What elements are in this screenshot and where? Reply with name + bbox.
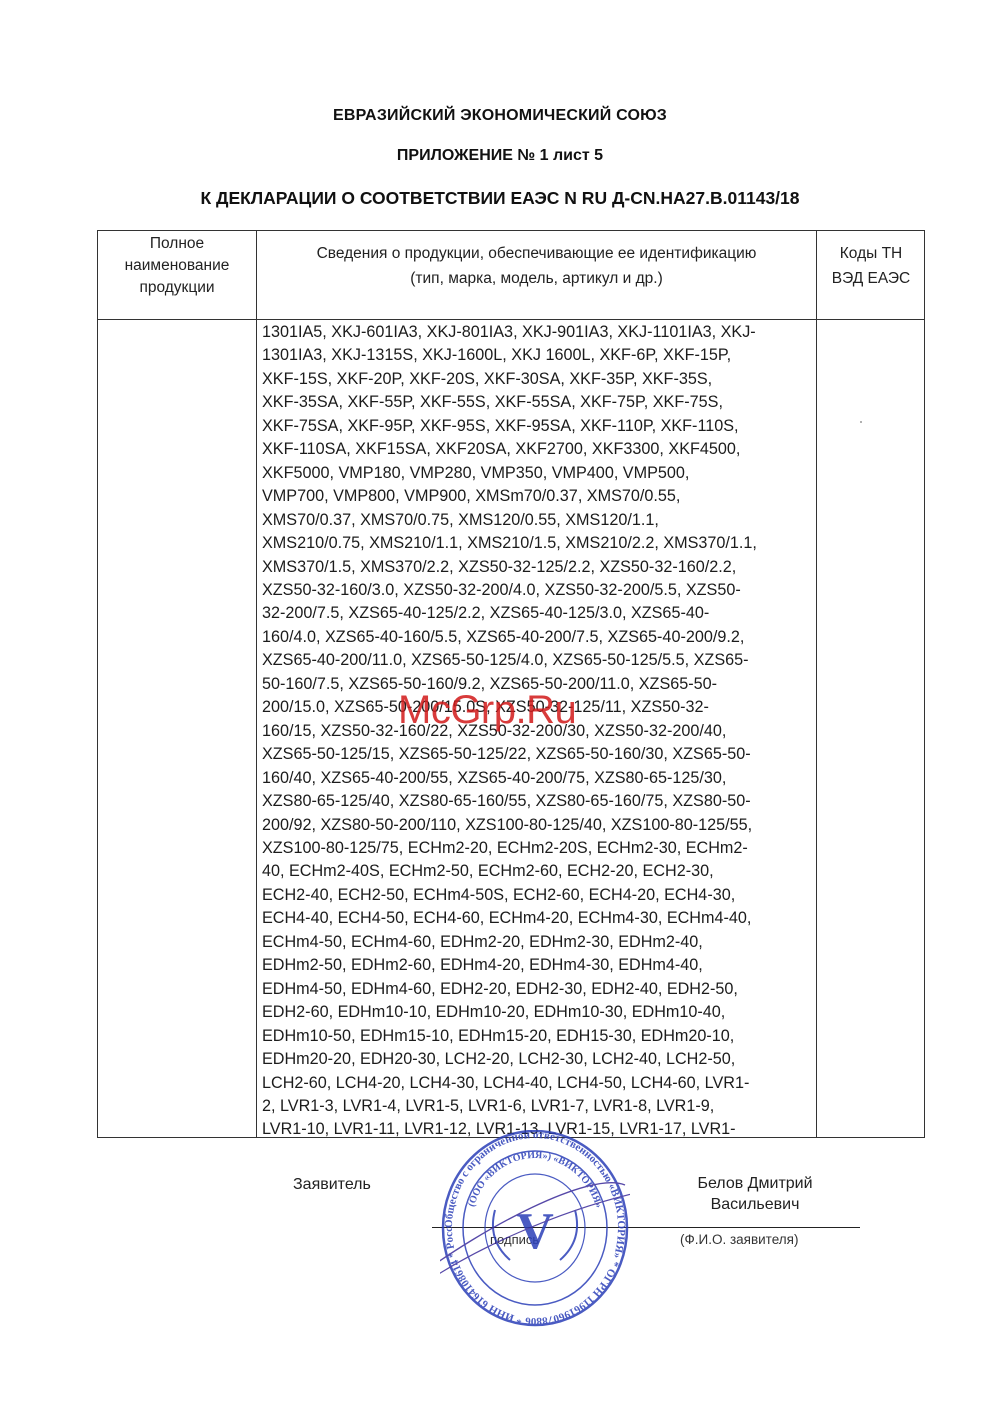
applicant-label: Заявитель (293, 1176, 371, 1194)
identification-line: XZS65-40-200/11.0, XZS65-50-125/4.0, XZS… (262, 649, 814, 672)
identification-line: LCH2-60, LCH4-20, LCH4-30, LCH4-40, LCH4… (262, 1072, 814, 1095)
identification-line: XZS50-32-160/3.0, XZS50-32-200/4.0, XZS5… (262, 579, 814, 602)
identification-line: 160/4.0, XZS65-40-160/5.5, XZS65-40-200/… (262, 626, 814, 649)
identification-line: XKF-110SA, XKF15SA, XKF20SA, XKF2700, XK… (262, 438, 814, 461)
declaration-heading: К ДЕКЛАРАЦИИ О СООТВЕТСТВИИ ЕАЭС N RU Д-… (0, 188, 1000, 209)
identification-line: XKF-15S, XKF-20P, XKF-20S, XKF-30SA, XKF… (262, 368, 814, 391)
identification-line: EDHm2-50, EDHm2-60, EDHm4-20, EDHm4-30, … (262, 954, 814, 977)
header-product-name: Полное наименование продукции (98, 233, 256, 321)
identification-line: 200/92, XZS80-50-200/110, XZS100-80-125/… (262, 814, 814, 837)
company-stamp-icon: Общество с ограниченной ответственностью… (440, 1130, 630, 1330)
identification-line: XMS210/0.75, XMS210/1.1, XMS210/1.5, XMS… (262, 532, 814, 555)
watermark: McGrp.Ru (398, 688, 576, 733)
identification-line: EDH2-60, EDHm10-10, EDHm10-20, EDHm10-30… (262, 1001, 814, 1024)
identification-line: XZS65-50-125/15, XZS65-50-125/22, XZS65-… (262, 743, 814, 766)
identification-line: 1301IA3, XKJ-1315S, XKJ-1600L, XKJ 1600L… (262, 344, 814, 367)
speck (860, 421, 862, 423)
fio-caption: (Ф.И.О. заявителя) (680, 1232, 798, 1247)
identification-line: EDHm10-50, EDHm15-10, EDHm15-20, EDH15-3… (262, 1025, 814, 1048)
column-divider (256, 231, 257, 1137)
column-divider (816, 231, 817, 1137)
identification-line: XZS80-65-125/40, XZS80-65-160/55, XZS80-… (262, 790, 814, 813)
identification-line: 1301IA5, XKJ-601IA3, XKJ-801IA3, XKJ-901… (262, 321, 814, 344)
identification-line: 32-200/7.5, XZS65-40-125/2.2, XZS65-40-1… (262, 602, 814, 625)
identification-line: XKF-75SA, XKF-95P, XKF-95S, XKF-95SA, XK… (262, 415, 814, 438)
appendix-heading: ПРИЛОЖЕНИЕ № 1 лист 5 (0, 147, 1000, 165)
product-table: Полное наименование продукции Сведения о… (97, 230, 925, 1138)
header-identification: Сведения о продукции, обеспечивающие ее … (257, 243, 816, 331)
identification-line: VMP700, VMP800, VMP900, XMSm70/0.37, XMS… (262, 485, 814, 508)
svg-text:(ООО «ВИКТОРИЯ») «ВИКТОРИЯ»: (ООО «ВИКТОРИЯ») «ВИКТОРИЯ» (466, 1150, 604, 1209)
identification-line: EDHm4-50, EDHm4-60, EDH2-20, EDH2-30, ED… (262, 978, 814, 1001)
identification-line: XMS70/0.37, XMS70/0.75, XMS120/0.55, XMS… (262, 509, 814, 532)
identification-line: XMS370/1.5, XMS370/2.2, XZS50-32-125/2.2… (262, 556, 814, 579)
identification-line: XKF5000, VMP180, VMP280, VMP350, VMP400,… (262, 462, 814, 485)
union-heading: ЕВРАЗИЙСКИЙ ЭКОНОМИЧЕСКИЙ СОЮЗ (0, 107, 1000, 125)
identification-line: 40, ECHm2-40S, ECHm2-50, ECHm2-60, ECH2-… (262, 860, 814, 883)
identification-line: XKF-35SA, XKF-55P, XKF-55S, XKF-55SA, XK… (262, 391, 814, 414)
identification-line: EDHm20-20, EDH20-30, LCH2-20, LCH2-30, L… (262, 1048, 814, 1071)
header-codes: Коды ТН ВЭД ЕАЭС (817, 243, 925, 331)
applicant-name: Белов Дмитрий Васильевич (655, 1173, 855, 1215)
identification-line: 2, LVR1-3, LVR1-4, LVR1-5, LVR1-6, LVR1-… (262, 1095, 814, 1118)
identification-line: ECH2-40, ECH2-50, ECHm4-50S, ECH2-60, EC… (262, 884, 814, 907)
identification-line: ECH4-40, ECH4-50, ECH4-60, ECHm4-20, ECH… (262, 907, 814, 930)
identification-line: XZS100-80-125/75, ECHm2-20, ECHm2-20S, E… (262, 837, 814, 860)
identification-line: ECHm4-50, ECHm4-60, EDHm2-20, EDHm2-30, … (262, 931, 814, 954)
identification-line: 160/40, XZS65-40-200/55, XZS65-40-200/75… (262, 767, 814, 790)
